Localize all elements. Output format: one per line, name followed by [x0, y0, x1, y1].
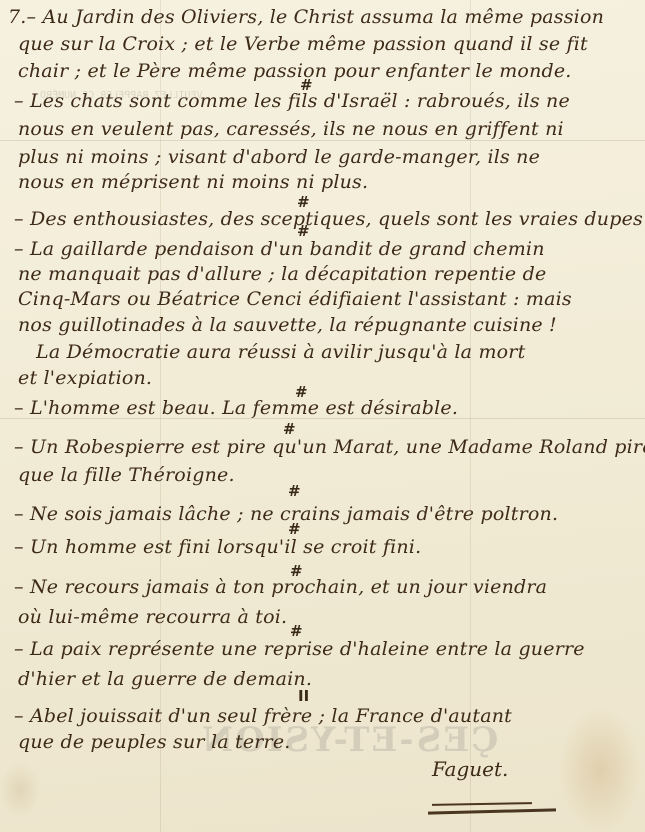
margin-mark-hash: # — [288, 520, 301, 538]
signature-underline — [432, 802, 532, 806]
margin-mark-hash: # — [295, 383, 308, 401]
margin-mark-hash: # — [290, 622, 303, 640]
manuscript-line: – La paix représente une reprise d'halei… — [14, 640, 585, 659]
manuscript-line: nos guillotinades à la sauvette, la répu… — [18, 316, 557, 335]
margin-mark-hash: # — [288, 482, 301, 500]
manuscript-line: plus ni moins ; visant d'abord le garde-… — [18, 148, 540, 167]
manuscript-line: – Un homme est fini lorsqu'il se croit f… — [14, 538, 421, 557]
manuscript-line: Cinq-Mars ou Béatrice Cenci édifiaient l… — [18, 290, 572, 309]
manuscript-line: – Un Robespierre est pire qu'un Marat, u… — [14, 438, 645, 457]
paper-fold — [0, 140, 645, 141]
author-signature: Faguet. — [432, 757, 508, 781]
margin-mark-hash: # — [283, 420, 296, 438]
signature-underline — [428, 808, 556, 814]
manuscript-line: nous en veulent pas, caressés, ils ne no… — [18, 120, 564, 139]
manuscript-line: nous en méprisent ni moins ni plus. — [18, 173, 368, 192]
manuscript-line: – Abel jouissait d'un seul frère ; la Fr… — [14, 707, 512, 726]
margin-mark-hash: # — [290, 562, 303, 580]
manuscript-line: que sur la Croix ; et le Verbe même pass… — [18, 35, 588, 54]
manuscript-line: d'hier et la guerre de demain. — [18, 670, 312, 689]
manuscript-line: ne manquait pas d'allure ; la décapitati… — [18, 265, 546, 284]
manuscript-line: – Des enthousiastes, des sceptiques, que… — [14, 210, 645, 229]
manuscript-line: – L'homme est beau. La femme est désirab… — [14, 399, 458, 418]
manuscript-line: – Ne recours jamais à ton prochain, et u… — [14, 578, 547, 597]
manuscript-line: que la fille Théroigne. — [18, 466, 235, 485]
manuscript-line: 7.– Au Jardin des Oliviers, le Christ as… — [8, 8, 604, 27]
manuscript-line: où lui-même recourra à toi. — [18, 608, 287, 627]
manuscript-line: et l'expiation. — [18, 369, 152, 388]
margin-mark-hash: # — [300, 76, 313, 94]
manuscript-page: ÇES-ET-YSION VEUILLEZ RAPPELER CE NUMÉRO… — [0, 0, 645, 832]
margin-mark-hash: # — [297, 193, 310, 211]
manuscript-line: que de peuples sur la terre. — [18, 733, 291, 752]
manuscript-line: La Démocratie aura réussi à avilir jusqu… — [36, 343, 525, 362]
margin-mark-hash: # — [297, 222, 310, 240]
margin-mark-roman: II — [298, 687, 309, 705]
manuscript-line: – Les chats sont comme les fils d'Israël… — [14, 92, 570, 111]
manuscript-line: – Ne sois jamais lâche ; ne crains jamai… — [14, 505, 558, 524]
manuscript-line: chair ; et le Père même passion pour enf… — [18, 62, 572, 81]
manuscript-line: – La gaillarde pendaison d'un bandit de … — [14, 240, 545, 259]
